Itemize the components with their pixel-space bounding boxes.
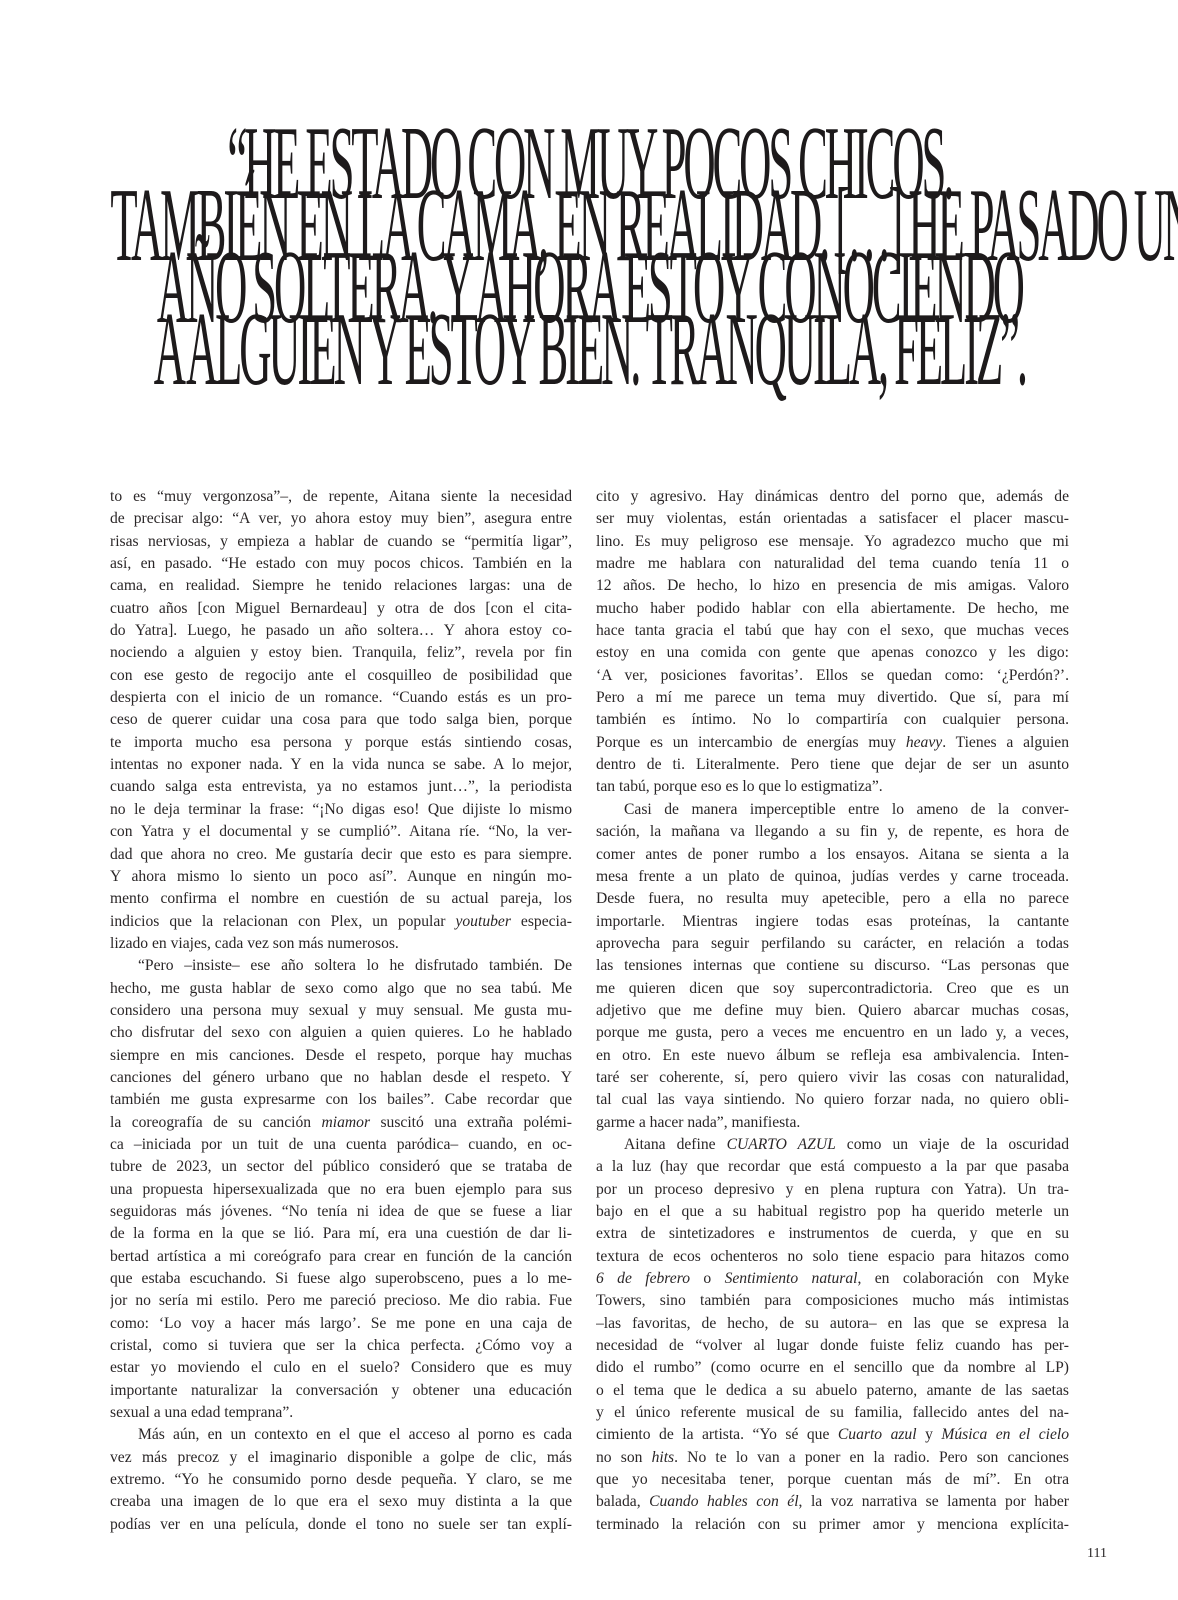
text-line: 12 años. De hecho, lo hizo en presencia …	[596, 575, 1069, 597]
italic-title: Cuando hables con él	[649, 1493, 798, 1510]
text-line: risas nerviosas, y empieza a hablar de c…	[110, 531, 572, 553]
text-line: necesidad de “volver al lugar donde fuis…	[596, 1335, 1069, 1357]
text-line: las tensiones internas que contiene su d…	[596, 955, 1069, 977]
text-line: ser muy violentas, están orientadas a sa…	[596, 508, 1069, 530]
text-line: bajo en el que a su habitual registro po…	[596, 1201, 1069, 1223]
text-line: terminado la relación con su primer amor…	[596, 1514, 1069, 1536]
text-line: textura de ecos ochenteros no solo tiene…	[596, 1246, 1069, 1268]
text-line: importante naturalizar la conversación y…	[110, 1380, 572, 1402]
italic-title: miamor	[322, 1114, 371, 1131]
text-line: considero una persona muy sexual y muy s…	[110, 1000, 572, 1022]
text-line: la coreografía de su canción miamor susc…	[110, 1112, 572, 1134]
text-line: en otro. En este nuevo álbum se refleja …	[596, 1045, 1069, 1067]
text-line: estar yo moviendo el culo en el suelo? C…	[110, 1357, 572, 1379]
text-line: también me gusta expresarme con los bail…	[110, 1089, 572, 1111]
text-line: Más aún, en un contexto en el que el acc…	[110, 1424, 572, 1446]
text-line: de la forma en la que se lió. Para mí, e…	[110, 1223, 572, 1245]
text-line: intentas no exponer nada. Y en la vida n…	[110, 754, 572, 776]
italic-title: CUARTO AZUL	[727, 1136, 836, 1153]
text-line: cristal, como si tuviera que ser la chic…	[110, 1335, 572, 1357]
text-line: madre me hablara con naturalidad del tem…	[596, 553, 1069, 575]
text-line: indicios que la relacionan con Plex, un …	[110, 911, 572, 933]
text-line: Pero a mí me parece un tema muy divertid…	[596, 687, 1069, 709]
italic-title: hits	[652, 1449, 675, 1466]
text-line: lino. Es muy peligroso ese mensaje. Yo a…	[596, 531, 1069, 553]
text-line: importarle. Mientras ingiere todas esas …	[596, 911, 1069, 933]
text-line: nociendo a alguien y estoy bien. Tranqui…	[110, 642, 572, 664]
text-line: comer antes de poner rumbo a los ensayos…	[596, 844, 1069, 866]
text-line: extra de sintetizadores e instrumentos d…	[596, 1223, 1069, 1245]
italic-title: youtuber	[455, 913, 510, 930]
text-line: dido el rumbo” (como ocurre en el sencil…	[596, 1357, 1069, 1379]
text-line: de precisar algo: “A ver, yo ahora estoy…	[110, 508, 572, 530]
text-line: mucho haber podido hablar con ella abier…	[596, 598, 1069, 620]
text-line: canciones del género urbano que no habla…	[110, 1067, 572, 1089]
text-line: “Pero –insiste– ese año soltera lo he di…	[110, 955, 572, 977]
text-line: sexual a una edad temprana”.	[110, 1402, 572, 1424]
text-line: siempre en mis canciones. Desde el respe…	[110, 1045, 572, 1067]
italic-title: Cuarto azul	[838, 1426, 917, 1443]
text-line: no le deja terminar la frase: “¡No digas…	[110, 799, 572, 821]
text-line: cito y agresivo. Hay dinámicas dentro de…	[596, 486, 1069, 508]
text-line: Aitana define CUARTO AZUL como un viaje …	[596, 1134, 1069, 1156]
text-line: extremo. “Yo he consumido porno desde pe…	[110, 1469, 572, 1491]
text-line: to es “muy vergonzosa”–, de repente, Ait…	[110, 486, 572, 508]
text-line: por un proceso depresivo y en plena rupt…	[596, 1179, 1069, 1201]
text-line: y el único referente musical de su famil…	[596, 1402, 1069, 1424]
text-line: con ese gesto de regocijo ante el cosqui…	[110, 665, 572, 687]
text-line: cho disfrutar del sexo con alguien a qui…	[110, 1022, 572, 1044]
text-line: seguidoras más jóvenes. “No tenía ni ide…	[110, 1201, 572, 1223]
text-line: no son hits. No te lo van a poner en la …	[596, 1447, 1069, 1469]
text-line: a la luz (hay que recordar que está comp…	[596, 1156, 1069, 1178]
text-line: –las favoritas, de hecho, de su autora– …	[596, 1313, 1069, 1335]
text-line: jor no sería mi estilo. Pero me pareció …	[110, 1290, 572, 1312]
text-line: vez más precoz y el imaginario disponibl…	[110, 1447, 572, 1469]
text-line: con Yatra y el documental y se cumplió”.…	[110, 821, 572, 843]
text-line: mento confirma el nombre en cuestión de …	[110, 888, 572, 910]
text-line: sación, la mañana va llegando a su fin y…	[596, 821, 1069, 843]
text-line: dad que ahora no creo. Me gustaría decir…	[110, 844, 572, 866]
text-line: ca –iniciada por un tuit de una cuenta p…	[110, 1134, 572, 1156]
text-line: balada, Cuando hables con él, la voz nar…	[596, 1491, 1069, 1513]
text-line: Desde fuera, no resulta muy apetecible, …	[596, 888, 1069, 910]
text-line: Y ahora mismo lo siento un poco así”. Au…	[110, 866, 572, 888]
text-line: tan tabú, porque eso es lo que lo estigm…	[596, 776, 1069, 798]
body-column-right: cito y agresivo. Hay dinámicas dentro de…	[596, 486, 1069, 1536]
text-line: Towers, sino también para composiciones …	[596, 1290, 1069, 1312]
text-line: hace tanta gracia el tabú que hay con el…	[596, 620, 1069, 642]
italic-title: Música en el cielo	[941, 1426, 1069, 1443]
text-line: Casi de manera imperceptible entre lo am…	[596, 799, 1069, 821]
text-line: estoy en una comida con gente que apenas…	[596, 642, 1069, 664]
text-line: así, en pasado. “He estado con muy pocos…	[110, 553, 572, 575]
text-line: tal cual las vaya sintiendo. No quiero f…	[596, 1089, 1069, 1111]
pull-quote-line: A ALGUIEN Y ESTOY BIEN. TRANQUILA, FELIZ…	[110, 304, 1068, 394]
text-line: bertad artística a mi coreógrafo para cr…	[110, 1246, 572, 1268]
text-line: ceso de querer cuidar una cosa para que …	[110, 709, 572, 731]
text-line: te importa mucho esa persona y porque es…	[110, 732, 572, 754]
italic-title: heavy	[906, 734, 942, 751]
text-line: tubre de 2023, un sector del público con…	[110, 1156, 572, 1178]
text-line: 6 de febrero o Sentimiento natural, en c…	[596, 1268, 1069, 1290]
text-line: que yo necesitaba tener, porque cuentan …	[596, 1469, 1069, 1491]
text-line: como: ‘Lo voy a hacer más largo’. Se me …	[110, 1313, 572, 1335]
text-line: o el tema que le dedica a su abuelo pate…	[596, 1380, 1069, 1402]
text-line: cuatro años [con Miguel Bernardeau] y ot…	[110, 598, 572, 620]
magazine-page: “HE ESTADO CON MUY POCOS CHICOS. TAMBIÉN…	[0, 0, 1178, 1600]
text-line: creaba una imagen de lo que era el sexo …	[110, 1491, 572, 1513]
text-line: cama, en realidad. Siempre he tenido rel…	[110, 575, 572, 597]
text-line: aprovecha para seguir perfilando su cará…	[596, 933, 1069, 955]
text-line: podías ver en una película, donde el ton…	[110, 1514, 572, 1536]
text-line: ‘A ver, posiciones favoritas’. Ellos se …	[596, 665, 1069, 687]
text-line: hecho, me gusta hablar de sexo como algo…	[110, 978, 572, 1000]
text-line: mesa frente a un plato de quinoa, judías…	[596, 866, 1069, 888]
text-line: una propuesta hipersexualizada que no er…	[110, 1179, 572, 1201]
text-line: lizado en viajes, cada vez son más numer…	[110, 933, 572, 955]
text-line: me quieren dicen que soy supercontradict…	[596, 978, 1069, 1000]
text-line: también es íntimo. No lo compartiría con…	[596, 709, 1069, 731]
text-line: cuando salga esta entrevista, ya no esta…	[110, 776, 572, 798]
text-line: do Yatra]. Luego, he pasado un año solte…	[110, 620, 572, 642]
text-line: que estaba escuchando. Si fuese algo sup…	[110, 1268, 572, 1290]
text-line: dentro de ti. Literalmente. Pero tiene q…	[596, 754, 1069, 776]
text-line: garme a hacer nada”, manifiesta.	[596, 1112, 1069, 1134]
text-line: Porque es un intercambio de energías muy…	[596, 732, 1069, 754]
pull-quote: “HE ESTADO CON MUY POCOS CHICOS. TAMBIÉN…	[292, 118, 886, 366]
text-line: taré ser coherente, sí, pero quiero vivi…	[596, 1067, 1069, 1089]
body-column-left: to es “muy vergonzosa”–, de repente, Ait…	[110, 486, 572, 1536]
italic-title: 6 de febrero	[596, 1270, 690, 1287]
italic-title: Sentimiento natural	[725, 1270, 858, 1287]
text-line: cimiento de la artista. “Yo sé que Cuart…	[596, 1424, 1069, 1446]
page-number: 111	[1087, 1546, 1107, 1562]
text-line: adjetivo que me define muy bien. Quiero …	[596, 1000, 1069, 1022]
text-line: despierta con el inicio de un romance. “…	[110, 687, 572, 709]
text-line: porque me gusta, pero a veces me encuent…	[596, 1022, 1069, 1044]
